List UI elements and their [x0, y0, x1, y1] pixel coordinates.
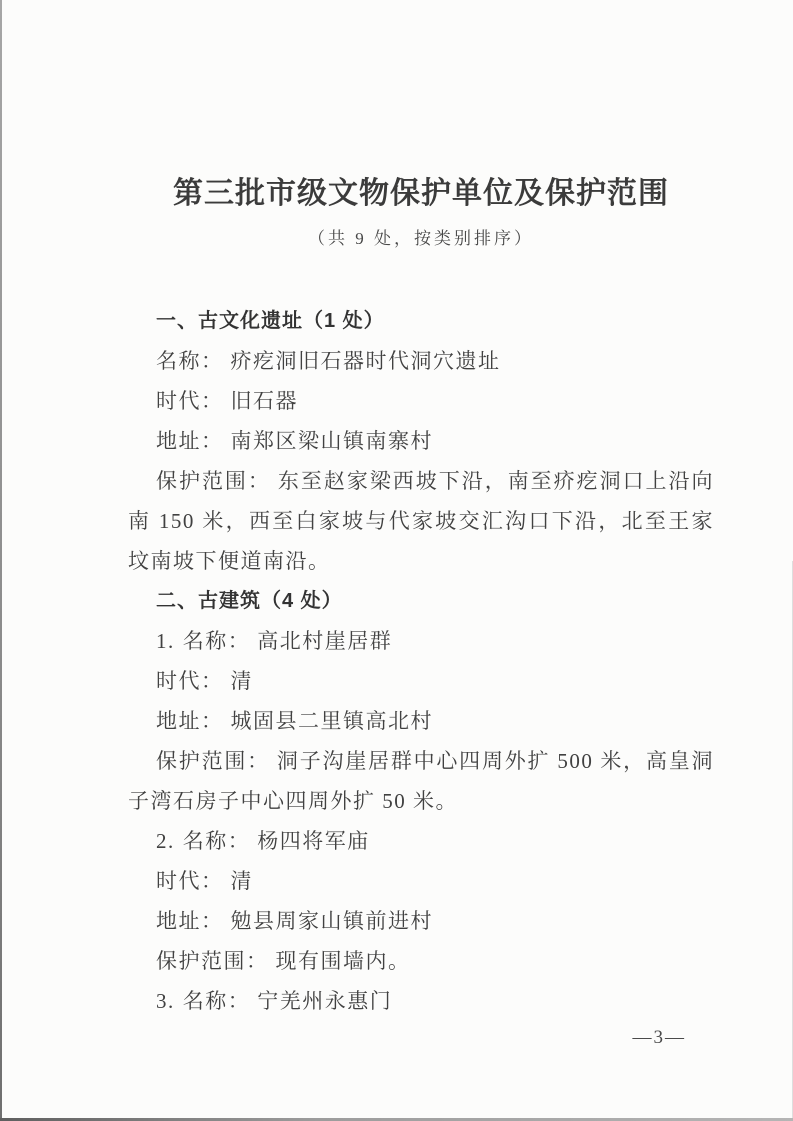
sections-container: 一、古文化遗址（1 处）名称：疥疙洞旧石器时代洞穴遗址时代：旧石器地址：南郑区梁… [128, 301, 714, 1021]
field-label: 地址： [156, 909, 224, 933]
field-value: 城固县二里镇高北村 [231, 709, 434, 733]
field-line: 地址：南郑区梁山镇南寨村 [128, 421, 714, 461]
item-number: 1. [156, 629, 175, 653]
field-value: 宁羌州永惠门 [257, 989, 392, 1013]
item-number: 3. [156, 989, 175, 1013]
field-line: 2.名称：杨四将军庙 [128, 821, 714, 861]
field-line: 1.名称：高北村崖居群 [128, 621, 714, 661]
field-label: 时代： [156, 389, 224, 413]
field-label: 名称： [183, 989, 251, 1013]
field-line: 名称：疥疙洞旧石器时代洞穴遗址 [128, 341, 714, 381]
field-line: 时代：旧石器 [128, 381, 714, 421]
field-value: 疥疙洞旧石器时代洞穴遗址 [231, 349, 501, 373]
field-label: 保护范围： [156, 949, 269, 973]
document-content: 第三批市级文物保护单位及保护范围 （共 9 处，按类别排序） 一、古文化遗址（1… [128, 0, 714, 1053]
field-line: 时代：清 [128, 661, 714, 701]
section-heading: 二、古建筑（4 处） [128, 581, 714, 621]
field-value: 勉县周家山镇前进村 [231, 909, 434, 933]
field-label: 地址： [156, 429, 224, 453]
field-label: 保护范围： [156, 469, 271, 493]
item-number: 2. [156, 829, 175, 853]
field-value: 杨四将军庙 [257, 829, 370, 853]
document-page: 第三批市级文物保护单位及保护范围 （共 9 处，按类别排序） 一、古文化遗址（1… [0, 0, 793, 1121]
field-label: 时代： [156, 869, 224, 893]
field-line: 地址：城固县二里镇高北村 [128, 701, 714, 741]
field-label: 保护范围： [156, 749, 270, 773]
document-title: 第三批市级文物保护单位及保护范围 [128, 176, 714, 212]
document-subtitle: （共 9 处，按类别排序） [128, 227, 714, 251]
field-label: 名称： [183, 829, 251, 853]
field-label: 地址： [156, 709, 224, 733]
field-value: 高北村崖居群 [257, 629, 392, 653]
field-line: 保护范围：现有围墙内。 [128, 941, 714, 981]
field-line: 保护范围：洞子沟崖居群中心四周外扩 500 米，高皇洞子湾石房子中心四周外扩 5… [128, 741, 714, 821]
section-heading: 一、古文化遗址（1 处） [128, 301, 714, 341]
field-line: 地址：勉县周家山镇前进村 [128, 901, 714, 941]
scan-edge-left [0, 0, 2, 1121]
field-line: 保护范围：东至赵家梁西坡下沿，南至疥疙洞口上沿向南 150 米，西至白家坡与代家… [128, 461, 714, 581]
field-line: 3.名称：宁羌州永惠门 [128, 981, 714, 1021]
field-line: 时代：清 [128, 861, 714, 901]
field-label: 名称： [156, 349, 224, 373]
page-number: —3— [128, 1023, 714, 1053]
field-label: 名称： [183, 629, 251, 653]
field-value: 旧石器 [231, 389, 299, 413]
field-value: 清 [231, 669, 254, 693]
field-value: 南郑区梁山镇南寨村 [231, 429, 434, 453]
field-label: 时代： [156, 669, 224, 693]
field-value: 清 [231, 869, 254, 893]
field-value: 现有围墙内。 [276, 949, 411, 973]
